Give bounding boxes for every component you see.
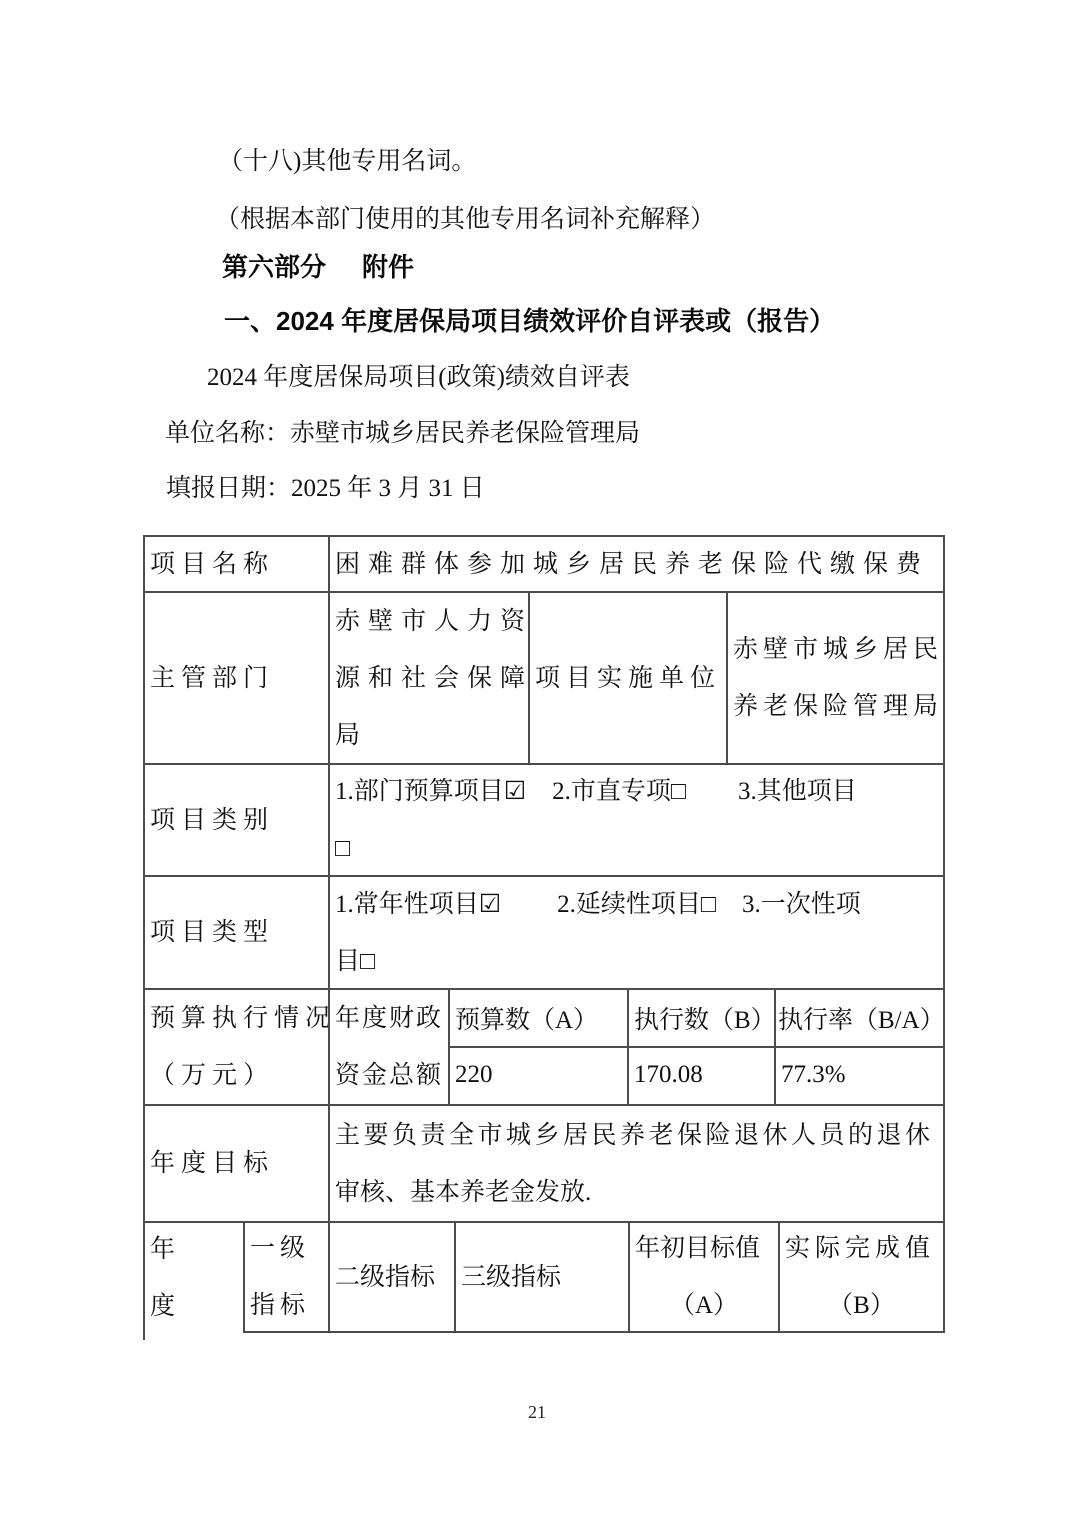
option-perennial-checked: 1.常年性项目☑ xyxy=(335,891,501,918)
option-other-project: 3.其他项目 xyxy=(738,778,857,805)
dept-value-cell: 赤壁市人力资 源和社会保障 局 xyxy=(330,593,530,765)
section-heading-title: 附件 xyxy=(362,252,414,282)
table-row-project-category: 项目类别 1.部门预算项目☑2.市直专项□3.其他项目 □ xyxy=(143,765,945,877)
table-row-budget-execution: 预算执行情况 （万元） 年度财政 资金总额 预算数（A） 220 执行数（B） … xyxy=(143,990,945,1106)
impl-unit-label-cell: 项目实施单位 xyxy=(530,593,728,765)
actual-value-header-cell: 实际完成值 （B） xyxy=(780,1223,945,1333)
annual-header-cell: 年 度 xyxy=(143,1223,245,1333)
report-date-value: 2025 年 3 月 31 日 xyxy=(291,475,485,502)
budget-amount-header: 预算数（A） xyxy=(450,990,627,1048)
execution-rate-cell: 执行率（B/A） 77.3% xyxy=(776,990,945,1106)
option-continuing-unchecked: 2.延续性项目□ xyxy=(557,891,716,918)
level2-indicator-header-cell: 二级指标 xyxy=(330,1223,456,1333)
page-number: 21 xyxy=(0,1402,1074,1423)
annual-fund-label-cell: 年度财政 资金总额 xyxy=(330,990,450,1106)
section-heading-number: 第六部分 xyxy=(222,252,326,282)
table-row-project-name: 项目名称 困难群体参加城乡居民养老保险代缴保费 xyxy=(143,535,945,593)
type-options-line1: 1.常年性项目☑2.延续性项目□3.一次性项 xyxy=(335,877,938,933)
budget-exec-label-cell: 预算执行情况 （万元） xyxy=(143,990,330,1106)
type-label-cell: 项目类型 xyxy=(143,877,330,990)
section-heading: 第六部分附件 xyxy=(222,247,414,284)
paragraph-other-terms: （十八)其他专用名词。 xyxy=(218,141,476,177)
impl-unit-value-cell: 赤壁市城乡居民 养老保险管理局 xyxy=(728,593,945,765)
annual-goal-text-cell: 主要负责全市城乡居民养老保险退休人员的退休 审核、基本养老金发放. xyxy=(330,1106,945,1223)
table-row-indicator-headers: 年 度 一级 指标 二级指标 三级指标 年初目标值 （A） 实际完成值 （B） xyxy=(143,1223,945,1333)
table-continuation-stub xyxy=(143,1333,945,1340)
table-row-annual-goal: 年度目标 主要负责全市城乡居民养老保险退休人员的退休 审核、基本养老金发放. xyxy=(143,1106,945,1223)
option-city-special-unchecked: 2.市直专项□ xyxy=(552,778,686,805)
self-eval-table: 项目名称 困难群体参加城乡居民养老保险代缴保费 主管部门 赤壁市人力资 源和社会… xyxy=(143,535,945,1340)
unit-name-line: 单位名称：赤壁市城乡居民养老保险管理局 xyxy=(165,413,640,449)
executed-amount-header: 执行数（B） xyxy=(629,990,774,1048)
execution-rate-header: 执行率（B/A） xyxy=(776,990,943,1048)
budget-amount-cell: 预算数（A） 220 xyxy=(450,990,629,1106)
level3-indicator-header-cell: 三级指标 xyxy=(456,1223,630,1333)
type-options-cell: 1.常年性项目☑2.延续性项目□3.一次性项 目□ xyxy=(330,877,945,990)
option-dept-budget-checked: 1.部门预算项目☑ xyxy=(335,778,526,805)
execution-rate-value: 77.3% xyxy=(776,1048,943,1102)
level1-indicator-header-cell: 一级 指标 xyxy=(245,1223,330,1333)
unit-name-label: 单位名称： xyxy=(165,420,290,447)
annual-goal-label-cell: 年度目标 xyxy=(143,1106,330,1223)
dept-label-cell: 主管部门 xyxy=(143,593,330,765)
category-options-line1: 1.部门预算项目☑2.市直专项□3.其他项目 xyxy=(335,765,938,820)
type-options-line2: 目□ xyxy=(335,933,938,990)
table-row-project-type: 项目类型 1.常年性项目☑2.延续性项目□3.一次性项 目□ xyxy=(143,877,945,990)
executed-amount-value: 170.08 xyxy=(629,1048,774,1102)
attachment-heading: 一、2024 年度居保局项目绩效评价自评表或（报告） xyxy=(224,301,835,338)
report-date-line: 填报日期：2025 年 3 月 31 日 xyxy=(166,468,485,504)
category-label-cell: 项目类别 xyxy=(143,765,330,877)
paragraph-note: （根据本部门使用的其他专用名词补充解释） xyxy=(215,199,715,235)
option-one-time: 3.一次性项 xyxy=(742,891,861,918)
project-name-label-cell: 项目名称 xyxy=(143,535,330,593)
form-title: 2024 年度居保局项目(政策)绩效自评表 xyxy=(207,357,630,393)
category-options-line2-checkbox: □ xyxy=(335,820,938,877)
project-name-value-cell: 困难群体参加城乡居民养老保险代缴保费 xyxy=(330,535,945,593)
report-date-label: 填报日期： xyxy=(166,475,291,502)
category-options-cell: 1.部门预算项目☑2.市直专项□3.其他项目 □ xyxy=(330,765,945,877)
document-page: （十八)其他专用名词。 （根据本部门使用的其他专用名词补充解释） 第六部分附件 … xyxy=(0,0,1074,1520)
table-row-departments: 主管部门 赤壁市人力资 源和社会保障 局 项目实施单位 赤壁市城乡居民 养老保险… xyxy=(143,593,945,765)
executed-amount-cell: 执行数（B） 170.08 xyxy=(629,990,776,1106)
budget-amount-value: 220 xyxy=(450,1048,627,1102)
unit-name-value: 赤壁市城乡居民养老保险管理局 xyxy=(290,420,640,447)
target-value-header-cell: 年初目标值 （A） xyxy=(630,1223,780,1333)
